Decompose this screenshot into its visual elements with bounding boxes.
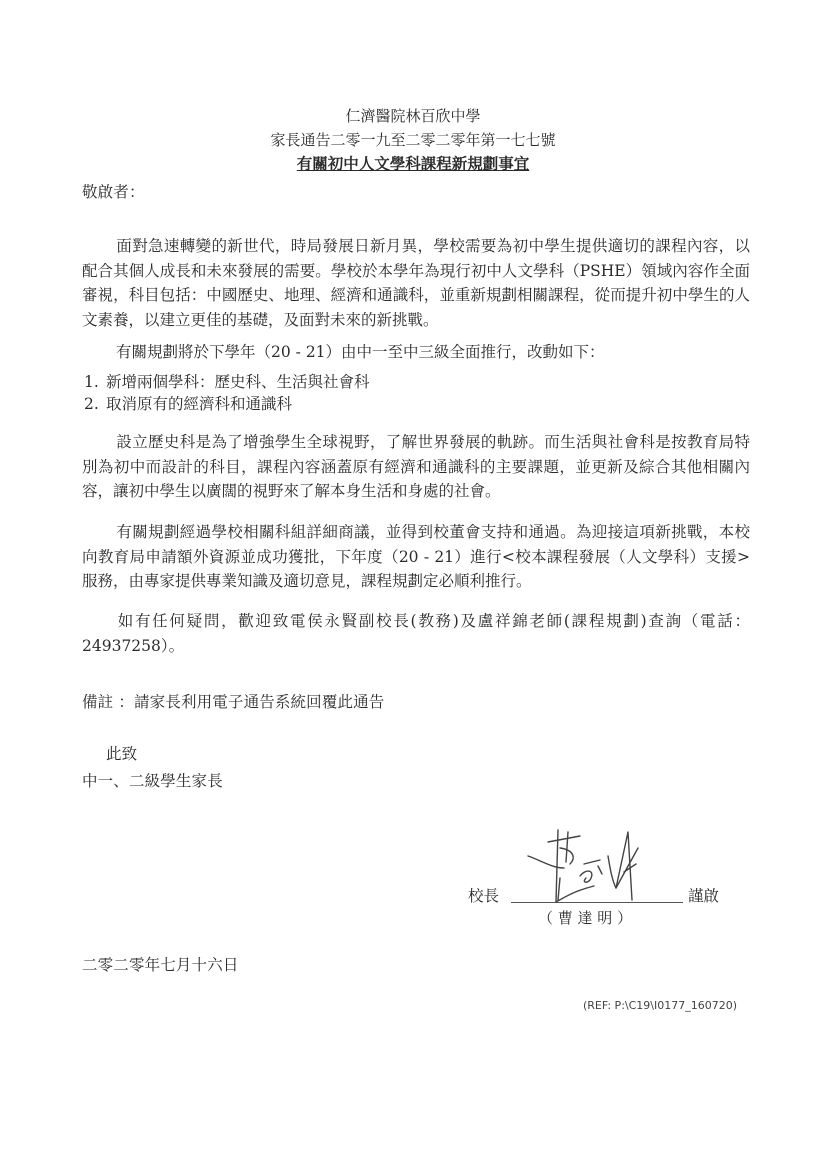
paragraph-subjects-text: 設立歷史科是為了增強學生全球視野，了解世界發展的軌跡。而生活與社會科是按教育局特… [82, 433, 750, 500]
title-wrapper: 有關初中人文學科課程新規劃事宜 [0, 154, 826, 174]
notice-number: 家長通告二零一九至二零二零年第一七七號 [0, 130, 826, 150]
paragraph-intro-text: 面對急速轉變的新世代，時局發展日新月異，學校需要為初中學生提供適切的課程內容，以… [82, 237, 750, 329]
notice-title: 有關初中人文學科課程新規劃事宜 [297, 154, 530, 173]
list-item: 1.新增兩個學科：歷史科、生活與社會科 [84, 371, 370, 393]
paragraph-enquiry-text: 如有任何疑問，歡迎致電侯永賢副校長(教務)及盧祥錦老師(課程規劃)查詢（電話：2… [82, 612, 750, 655]
list-text: 新增兩個學科：歷史科、生活與社會科 [106, 373, 370, 391]
list-number: 1. [84, 371, 106, 393]
paragraph-intro: 面對急速轉變的新世代，時局發展日新月異，學校需要為初中學生提供適切的課程內容，以… [82, 234, 750, 332]
signature-sign-off: 謹啟 [688, 884, 719, 906]
paragraph-enquiry: 如有任何疑問，歡迎致電侯永賢副校長(教務)及盧祥錦老師(課程規劃)查詢（電話：2… [82, 609, 750, 658]
principal-name: （ 曹 達 明 ） [538, 907, 632, 928]
signature-icon [520, 828, 670, 906]
paragraph-support-text: 有關規劃經過學校相關科組詳細商議，並得到校董會支持和通過。為迎接這項新挑戰，本校… [82, 523, 750, 590]
closing-ci-zhi: 此致 [106, 742, 137, 766]
list-text: 取消原有的經濟科和通識科 [106, 395, 292, 413]
list-item: 2.取消原有的經濟科和通識科 [84, 393, 370, 415]
changes-list: 1.新增兩個學科：歷史科、生活與社會科 2.取消原有的經濟科和通識科 [84, 371, 370, 415]
closing-recipients: 中一、二級學生家長 [82, 769, 223, 793]
signature-role-text: 校長 [468, 887, 499, 905]
salutation: 敬啟者： [82, 180, 145, 204]
signature-sign-off-text: 謹啟 [688, 887, 719, 905]
paragraph-support: 有關規劃經過學校相關科組詳細商議，並得到校董會支持和通過。為迎接這項新挑戰，本校… [82, 520, 750, 594]
reference-code: (REF: P:\C19\I0177_160720) [583, 999, 737, 1012]
school-name: 仁濟醫院林百欣中學 [0, 106, 826, 126]
remark: 備註 ：請家長利用電子通告系統回覆此通告 [82, 690, 384, 714]
paragraph-plan: 有關規劃將於下學年（20 - 21）由中一至中三級全面推行，改動如下： [82, 340, 750, 365]
paragraph-plan-text: 有關規劃將於下學年（20 - 21）由中一至中三級全面推行，改動如下： [116, 343, 605, 361]
signature-role: 校長 [468, 884, 499, 906]
notice-date: 二零二零年七月十六日 [82, 953, 239, 977]
paragraph-subjects: 設立歷史科是為了增強學生全球視野，了解世界發展的軌跡。而生活與社會科是按教育局特… [82, 430, 750, 504]
list-number: 2. [84, 393, 106, 415]
